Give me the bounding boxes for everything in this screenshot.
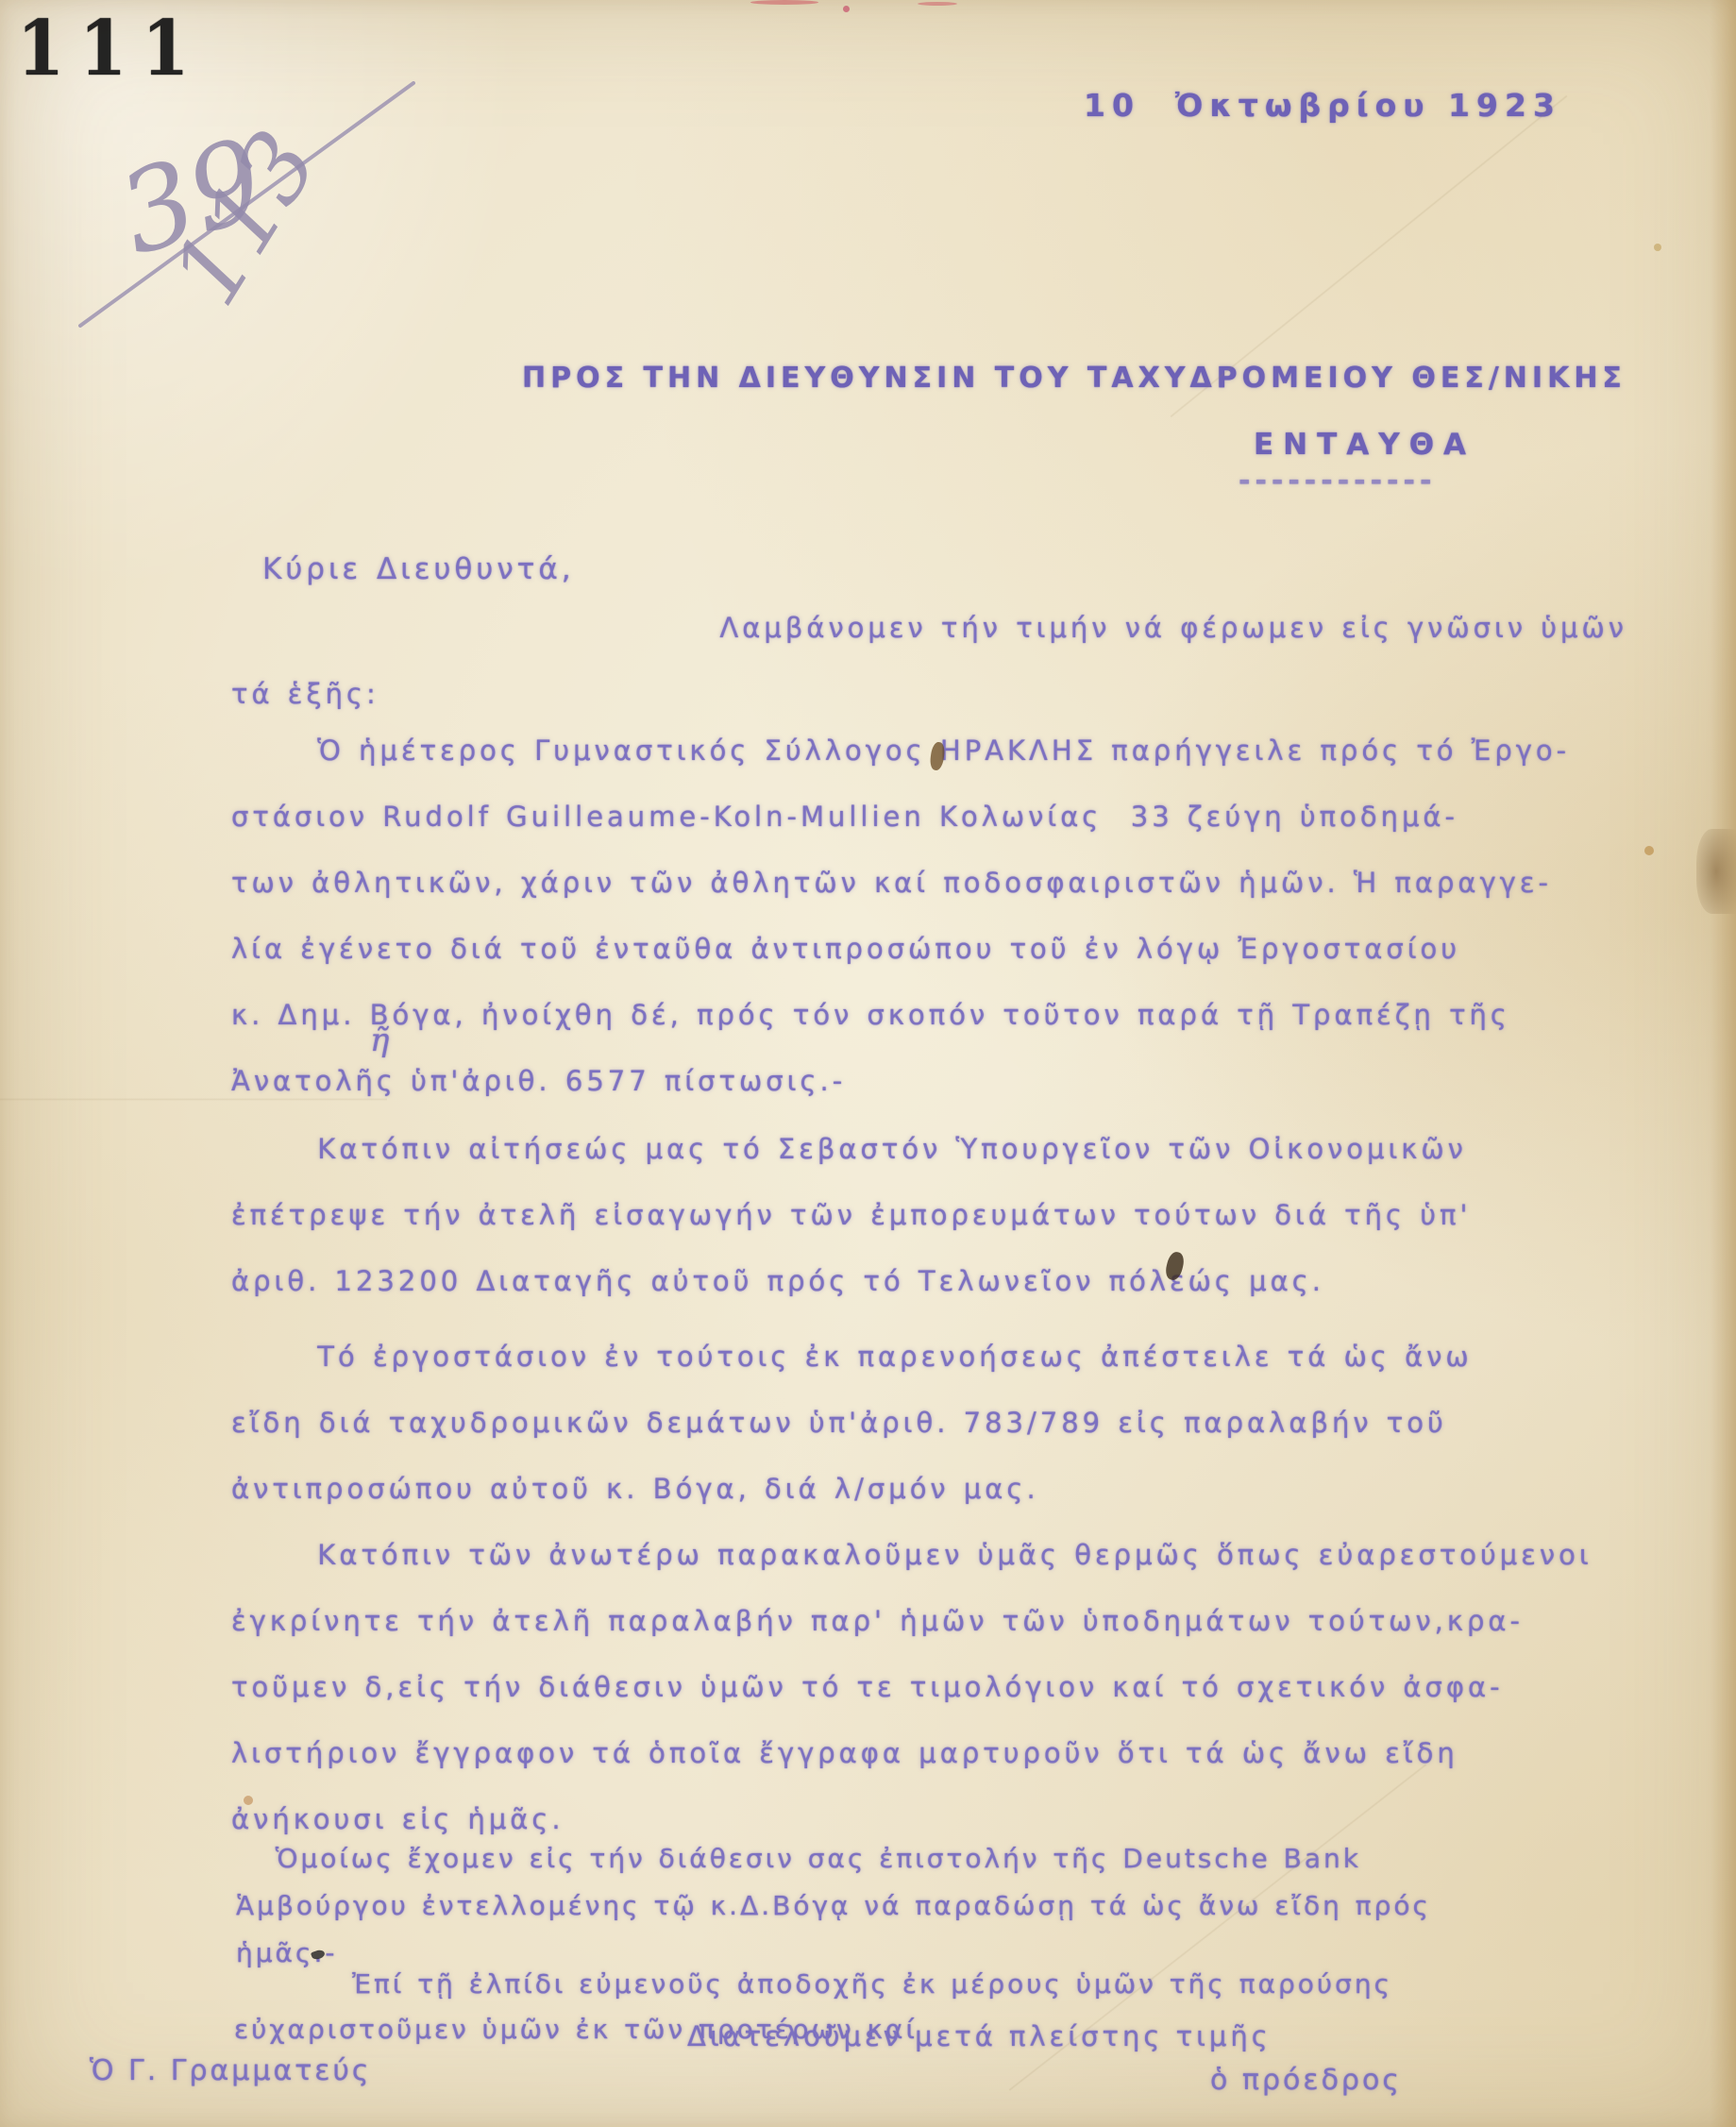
red-edge-mark [750, 0, 818, 5]
red-edge-mark [843, 6, 850, 12]
date-line: 10 Ὀκτωβρίου 1923 [1084, 87, 1561, 124]
paragraph-order: Ὁ ἡμέτερος Γυμναστικός Σύλλογος ΗΡΑΚΛΗΣ … [231, 717, 1570, 1114]
paper-edge-discoloration [1710, 0, 1736, 2127]
handwritten-correction: ῆ [370, 1021, 389, 1059]
recipient-address-line: ΠΡΟΣ ΤΗΝ ΔΙΕΥΘΥΝΣΙΝ ΤΟΥ ΤΑΧΥΔΡΟΜΕΙΟΥ ΘΕΣ… [522, 362, 1626, 395]
paragraph-intro: Λαμβάνομεν τήν τιμήν νά φέρωμεν εἰς γνῶσ… [231, 595, 1627, 727]
paragraph-ministry: Κατόπιν αἰτήσεώς μας τό Σεβαστόν Ὑπουργε… [231, 1116, 1471, 1314]
red-edge-mark [918, 2, 957, 6]
location-line: ΕΝΤΑΥΘΑ [1254, 428, 1475, 462]
underline-dashes: ------------ [1239, 464, 1436, 498]
paragraph-factory-shipment: Τό ἐργοστάσιον ἐν τούτοις ἐκ παρενοήσεως… [231, 1324, 1473, 1522]
signature-secretary: Ὁ Γ. Γραμματεύς [90, 2054, 372, 2087]
paper-speck [1644, 846, 1654, 855]
pencil-annotation: 39 113 [0, 0, 491, 397]
closing-line: Διατελοῦμεν μετά πλείστης τιμῆς [687, 2020, 1272, 2052]
salutation: Κύριε Διευθυντά, [262, 536, 575, 602]
paragraph-bank-letter: Ὁμοίως ἔχομεν εἰς τήν διάθεσιν σας ἐπιστ… [236, 1835, 1431, 1977]
scanned-letter-page: 111 39 113 10 Ὀκτωβρίου 1923 ΠΡΟΣ ΤΗΝ ΔΙ… [0, 0, 1736, 2127]
signature-president: ὁ πρόεδρος [1210, 2064, 1402, 2097]
paper-speck [1654, 244, 1661, 251]
paragraph-request: Κατόπιν τῶν ἀνωτέρω παρακαλοῦμεν ὑμᾶς θε… [231, 1522, 1593, 1852]
